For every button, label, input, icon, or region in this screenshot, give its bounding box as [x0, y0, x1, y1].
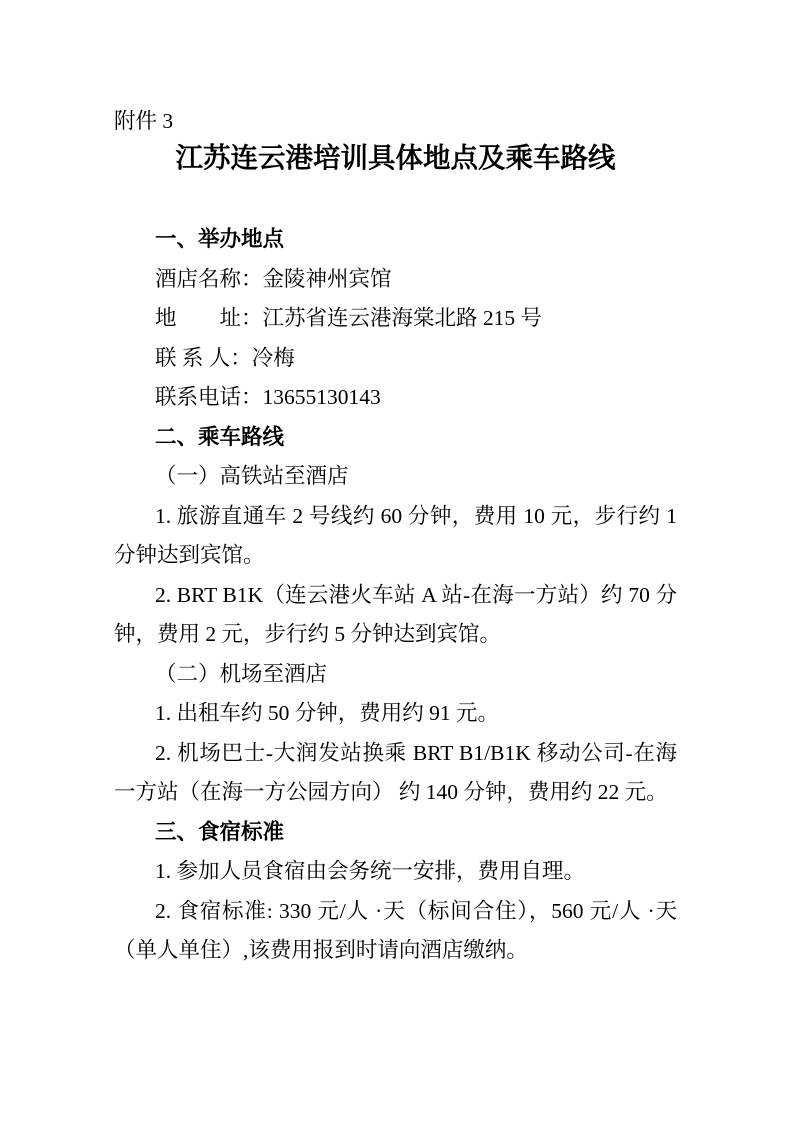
lodging-item-arrangement: 1. 参加人员食宿由会务统一安排，费用自理。: [114, 852, 677, 892]
section-heading-venue: 一、举办地点: [114, 220, 677, 260]
section-heading-routes: 二、乘车路线: [114, 418, 677, 458]
subsection-heading-hsr-to-hotel: （一）高铁站至酒店: [114, 457, 677, 497]
address-line: 地 址：江苏省连云港海棠北路 215 号: [114, 299, 677, 339]
contact-person-line: 联 系 人：冷梅: [114, 339, 677, 379]
route-item-shuttle-bus: 1. 旅游直通车 2 号线约 60 分钟，费用 10 元，步行约 1 分钟达到宾…: [114, 497, 677, 576]
section-heading-lodging: 三、食宿标准: [114, 813, 677, 853]
contact-phone-line: 联系电话：13655130143: [114, 378, 677, 418]
hotel-name-line: 酒店名称：金陵神州宾馆: [114, 260, 677, 300]
lodging-item-rates: 2. 食宿标准: 330 元/人 ·天（标间合住），560 元/人 ·天（单人单…: [114, 892, 677, 971]
document-page: 附件 3 江苏连云港培训具体地点及乘车路线 一、举办地点 酒店名称：金陵神州宾馆…: [0, 0, 793, 1122]
page-title: 江苏连云港培训具体地点及乘车路线: [114, 138, 677, 178]
subsection-heading-airport-to-hotel: （二）机场至酒店: [114, 655, 677, 695]
route-item-taxi: 1. 出租车约 50 分钟，费用约 91 元。: [114, 694, 677, 734]
route-item-brt-b1k: 2. BRT B1K（连云港火车站 A 站-在海一方站）约 70 分钟，费用 2…: [114, 576, 677, 655]
attachment-label: 附件 3: [114, 106, 677, 136]
route-item-airport-bus: 2. 机场巴士-大润发站换乘 BRT B1/B1K 移动公司-在海一方站（在海一…: [114, 734, 677, 813]
